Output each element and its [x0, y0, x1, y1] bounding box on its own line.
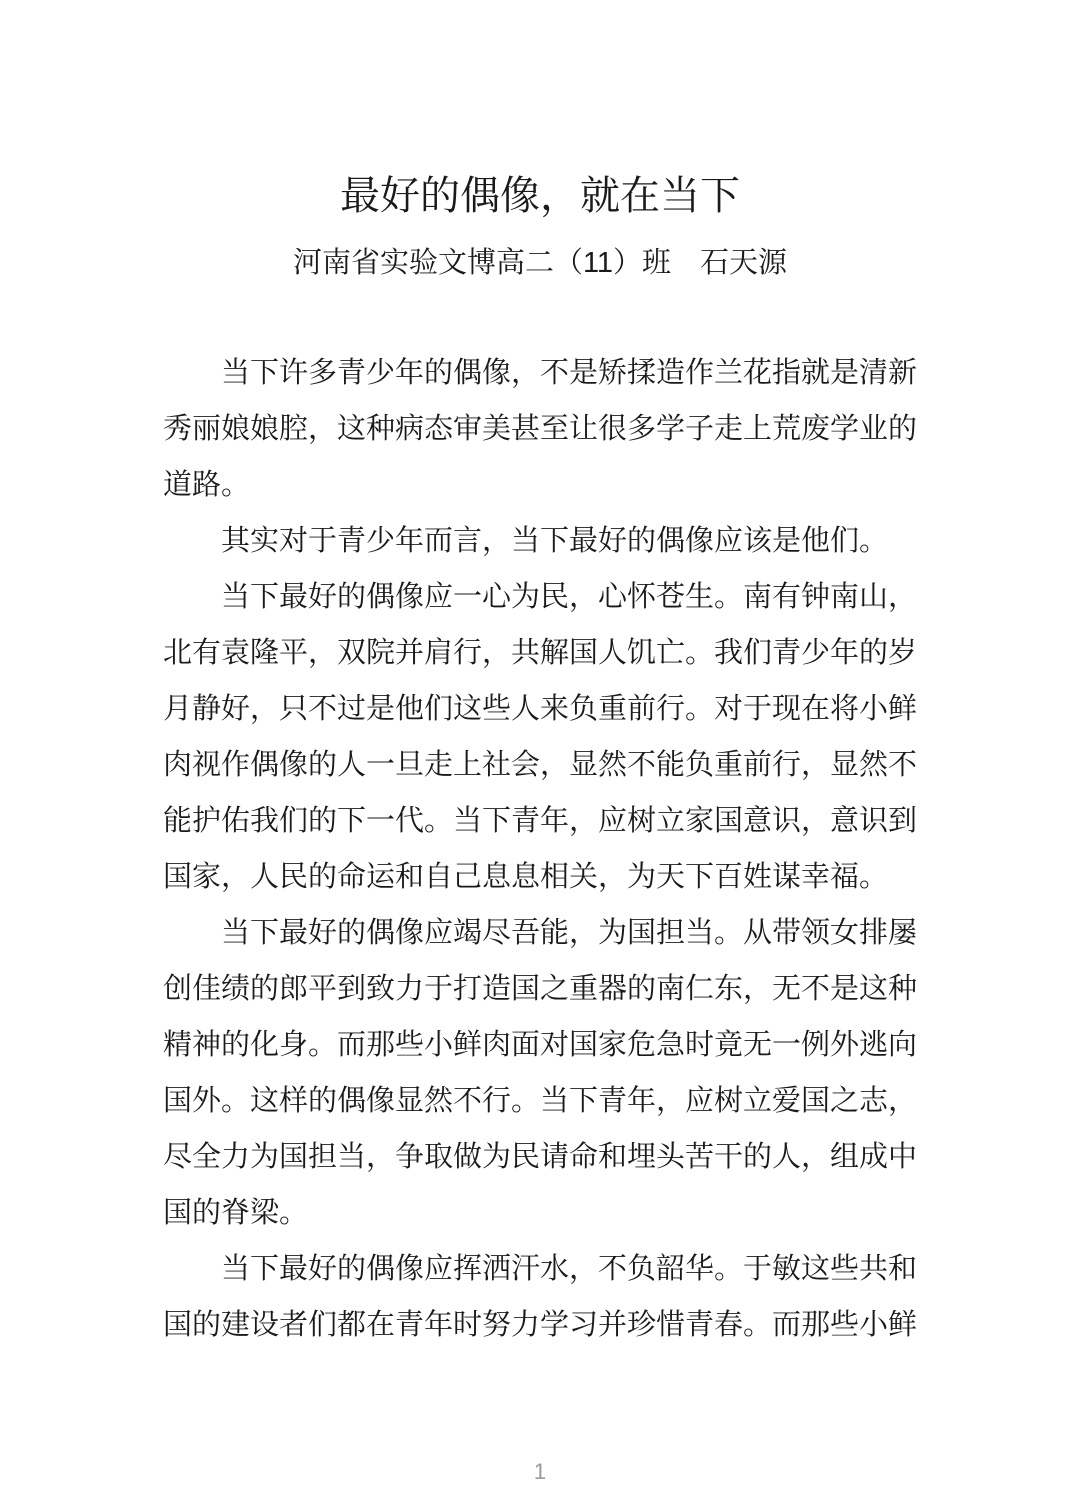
document-page: 最好的偶像，就在当下 河南省实验文博高二（11）班 石天源 当下许多青少年的偶像…: [0, 0, 1080, 1501]
paragraph-4: 当下最好的偶像应竭尽吾能，为国担当。从带领女排屡创佳绩的郎平到致力于打造国之重器…: [163, 905, 917, 1241]
document-title: 最好的偶像，就在当下: [0, 172, 1080, 220]
paragraph-3: 当下最好的偶像应一心为民，心怀苍生。南有钟南山，北有袁隆平，双院并肩行，共解国人…: [163, 569, 917, 905]
paragraph-1: 当下许多青少年的偶像，不是矫揉造作兰花指就是清新秀丽娘娘腔，这种病态审美甚至让很…: [163, 345, 917, 513]
paragraph-2: 其实对于青少年而言，当下最好的偶像应该是他们。: [163, 513, 917, 569]
page-number: 1: [0, 1458, 1080, 1486]
document-body: 当下许多青少年的偶像，不是矫揉造作兰花指就是清新秀丽娘娘腔，这种病态审美甚至让很…: [163, 345, 917, 1353]
document-byline: 河南省实验文博高二（11）班 石天源: [0, 243, 1080, 283]
paragraph-5: 当下最好的偶像应挥洒汗水，不负韶华。于敏这些共和国的建设者们都在青年时努力学习并…: [163, 1241, 917, 1353]
